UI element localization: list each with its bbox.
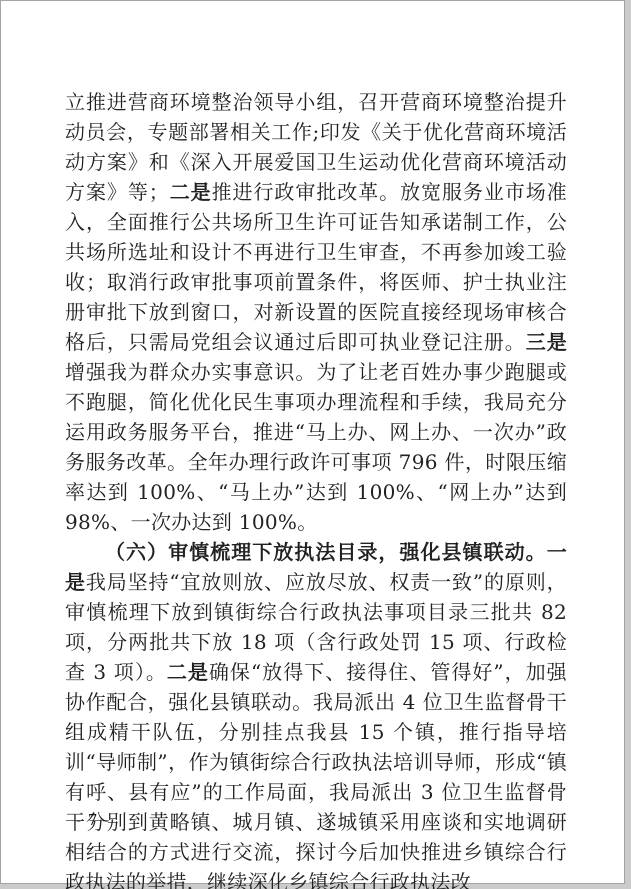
- text-run-bold: 二是: [167, 660, 209, 684]
- text-run-bold: 二是: [169, 180, 212, 204]
- page-number: - 7 -: [76, 811, 110, 829]
- document-page: 立推进营商环境整治领导小组，召开营商环境整治提升动员会，专题部署相关工作;印发《…: [0, 0, 625, 884]
- paragraph-1: 立推进营商环境整治领导小组，召开营商环境整治提升动员会，专题部署相关工作;印发《…: [65, 87, 567, 537]
- text-run: 推进行政审批改革。放宽服务业市场准入，全面推行公共场所卫生许可证告知承诺制工作，…: [65, 180, 567, 354]
- document-viewport: 立推进营商环境整治领导小组，召开营商环境整治提升动员会，专题部署相关工作;印发《…: [0, 0, 631, 889]
- paragraph-2: （六）审慎梳理下放执法目录，强化县镇联动。一是我局坚持“宜放则放、应放尽放、权责…: [65, 537, 567, 889]
- text-run-bold: 三是: [526, 330, 567, 354]
- text-run: 增强我为群众办实事意识。为了让老百姓办事少跑腿或不跑腿，简化优化民生事项办理流程…: [65, 360, 567, 534]
- text-run: 确保“放得下、接得住、管得好”，加强协作配合，强化县镇联动。我局派出 4 位卫生…: [65, 660, 567, 889]
- page-body-text: 立推进营商环境整治领导小组，召开营商环境整治提升动员会，专题部署相关工作;印发《…: [65, 87, 567, 889]
